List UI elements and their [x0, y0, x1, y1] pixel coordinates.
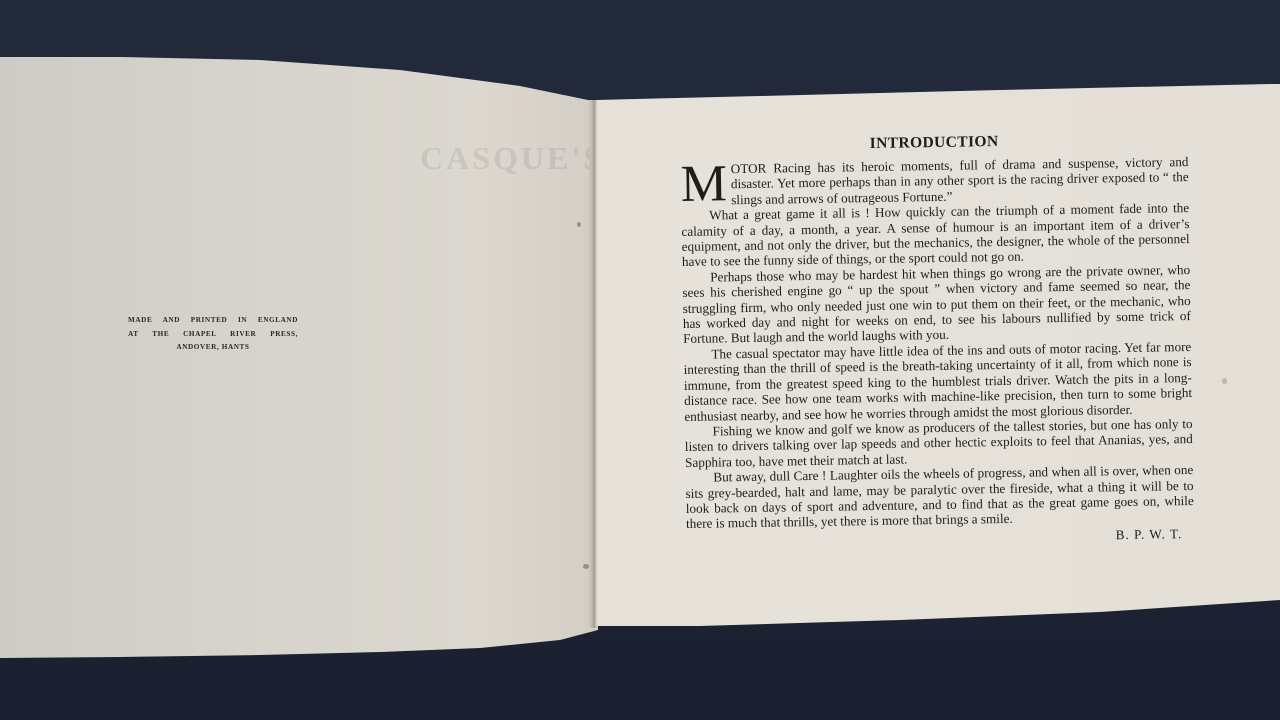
book-gutter: [588, 100, 598, 628]
imprint-line: ANDOVER, HANTS: [128, 341, 298, 355]
left-page: [0, 0, 600, 720]
drop-cap: M: [680, 163, 727, 206]
paragraph: MOTOR Racing has its heroic moments, ful…: [680, 154, 1189, 208]
paper-stain: [577, 222, 581, 227]
paper-stain: [583, 564, 589, 569]
paragraph: Perhaps those who may be hardest hit whe…: [682, 262, 1191, 347]
imprint-line: MADE AND PRINTED IN ENGLAND: [128, 314, 298, 328]
paragraph: The casual spectator may have little ide…: [683, 339, 1192, 424]
paragraph: Fishing we know and golf we know as prod…: [684, 416, 1193, 470]
show-through-title: CASQUE'S SKETCH BOOK: [420, 140, 590, 177]
paragraph: But away, dull Care ! Laughter oils the …: [685, 462, 1194, 532]
imprint-line: AT THE CHAPEL RIVER PRESS,: [128, 328, 298, 342]
printer-imprint: MADE AND PRINTED IN ENGLAND AT THE CHAPE…: [128, 314, 298, 355]
paragraph: What a great game it all is ! How quickl…: [681, 200, 1190, 270]
paper-stain: [1222, 378, 1227, 384]
paragraph-text: OTOR Racing has its heroic moments, full…: [731, 154, 1189, 207]
introduction-section: INTRODUCTION MOTOR Racing has its heroic…: [680, 130, 1194, 550]
